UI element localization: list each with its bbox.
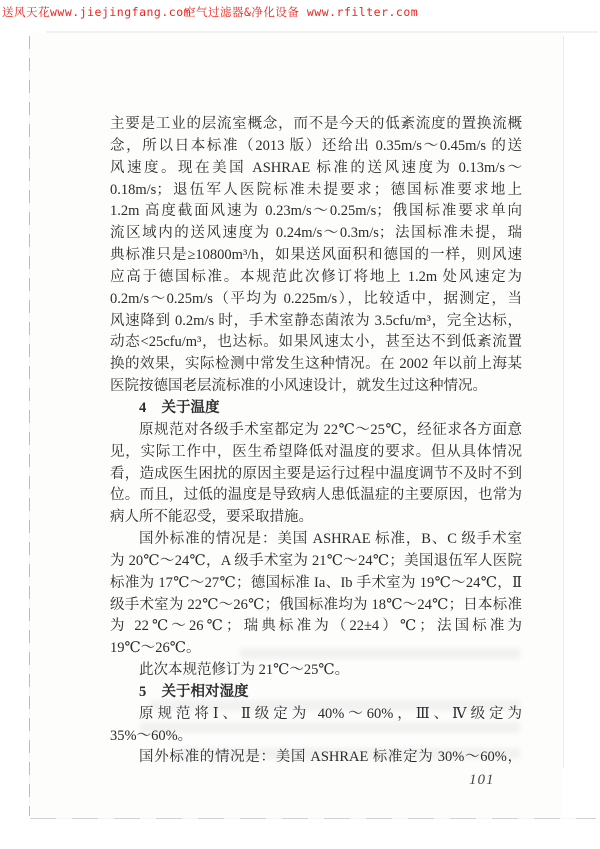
body-line: 典标准只是≥10800m³/h，如果送风面积和德国的一样，则风速 <box>110 245 522 267</box>
page-edge-bottom <box>30 818 596 819</box>
body-line: 风速降到 0.2m/s 时，手术室静态菌浓为 3.5cfu/m³，完全达标， <box>110 311 522 333</box>
page-body: 主要是工业的层流室概念，而不是今天的低紊流度的置换流概 念，所以日本标准（201… <box>110 114 522 769</box>
body-line: 国外标准的情况是：美国 ASHRAE 标准，B、C 级手术室 <box>110 529 522 551</box>
body-line: 念，所以日本标准（2013 版）还给出 0.35m/s～0.45m/s 的送 <box>110 136 522 158</box>
section-heading-humidity: 5关于相对湿度 <box>110 682 522 704</box>
body-line: 看，造成医生困扰的原因主要是运行过程中温度调节不及时不到 <box>110 464 522 486</box>
body-line: 标准为 17℃～27℃；德国标准 Ia、Ib 手术室为 19℃～24℃，Ⅱ <box>110 573 522 595</box>
body-line: 主要是工业的层流室概念，而不是今天的低紊流度的置换流概 <box>110 114 522 136</box>
section-number: 4 <box>139 400 146 416</box>
section-title: 关于相对湿度 <box>161 684 248 700</box>
body-line: 为 22℃～26℃；瑞典标准为（22±4）℃；法国标准为 <box>110 616 522 638</box>
body-line: 流区域内的送风速度为 0.24m/s～0.3m/s；法国标准未提，瑞 <box>110 223 522 245</box>
body-line: 换的效果，实际检测中常发生这种情况。在 2002 年以前上海某 <box>110 354 522 376</box>
scanned-document-page: 送风天花www.jiejingfang.com 空气过滤器&净化设备 www.r… <box>0 0 600 849</box>
body-line: 动态<25cfu/m³，也达标。如果风速太小，甚至达不到低紊流置 <box>110 332 522 354</box>
watermark-right-text: 空气过滤器&净化设备 www.rfilter.com <box>184 3 418 21</box>
body-line: 原规范对各级手术室都定为 22℃～25℃，经征求各方面意 <box>110 420 522 442</box>
section-number: 5 <box>139 684 146 700</box>
body-line: 19℃～26℃。 <box>110 638 522 660</box>
watermark-header: 送风天花www.jiejingfang.com 空气过滤器&净化设备 www.r… <box>2 3 598 21</box>
body-line: 0.2m/s～0.25m/s（平均为 0.225m/s），比较适中，据测定，当 <box>110 289 522 311</box>
watermark-left-text: 送风天花www.jiejingfang.com <box>2 5 191 19</box>
body-line: 此次本规范修订为 21℃～25℃。 <box>110 660 522 682</box>
body-line: 国外标准的情况是：美国 ASHRAE 标准定为 30%～60%， <box>110 747 522 769</box>
body-line: 为 20℃～24℃，A 级手术室为 21℃～24℃；美国退伍军人医院 <box>110 551 522 573</box>
body-line: 风速度。现在美国 ASHRAE 标准的送风速度为 0.13m/s～ <box>110 158 522 180</box>
page-edge-left <box>29 36 30 816</box>
section-heading-temperature: 4关于温度 <box>110 398 522 420</box>
page-edge-top <box>46 31 598 33</box>
body-line: 医院按德国老层流标准的小风速设计，就发生过这种情况。 <box>110 376 522 398</box>
body-line: 1.2m 高度截面风速为 0.23m/s～0.25m/s；俄国标准要求单向 <box>110 201 522 223</box>
body-line: 见，实际工作中，医生希望降低对温度的要求。但从具体情况 <box>110 442 522 464</box>
body-line: 0.18m/s；退伍军人医院标准未提要求；德国标准要求地上 <box>110 180 522 202</box>
body-line: 原规范将Ⅰ、Ⅱ级定为 40%～60%，Ⅲ、Ⅳ级定为 <box>110 704 522 726</box>
page-number: 101 <box>469 772 495 789</box>
body-line: 级手术室为 22℃～26℃；俄国标准均为 18℃～24℃；日本标准 <box>110 595 522 617</box>
body-line: 应高于德国标准。本规范此次修订将地上 1.2m 处风速定为 <box>110 267 522 289</box>
body-line: 病人所不能忍受，要采取措施。 <box>110 507 522 529</box>
body-line: 35%～60%。 <box>110 726 522 748</box>
section-title: 关于温度 <box>161 400 219 416</box>
page-edge-right <box>563 36 564 768</box>
body-line: 位。而且，过低的温度是导致病人患低温症的主要原因，也常为 <box>110 485 522 507</box>
